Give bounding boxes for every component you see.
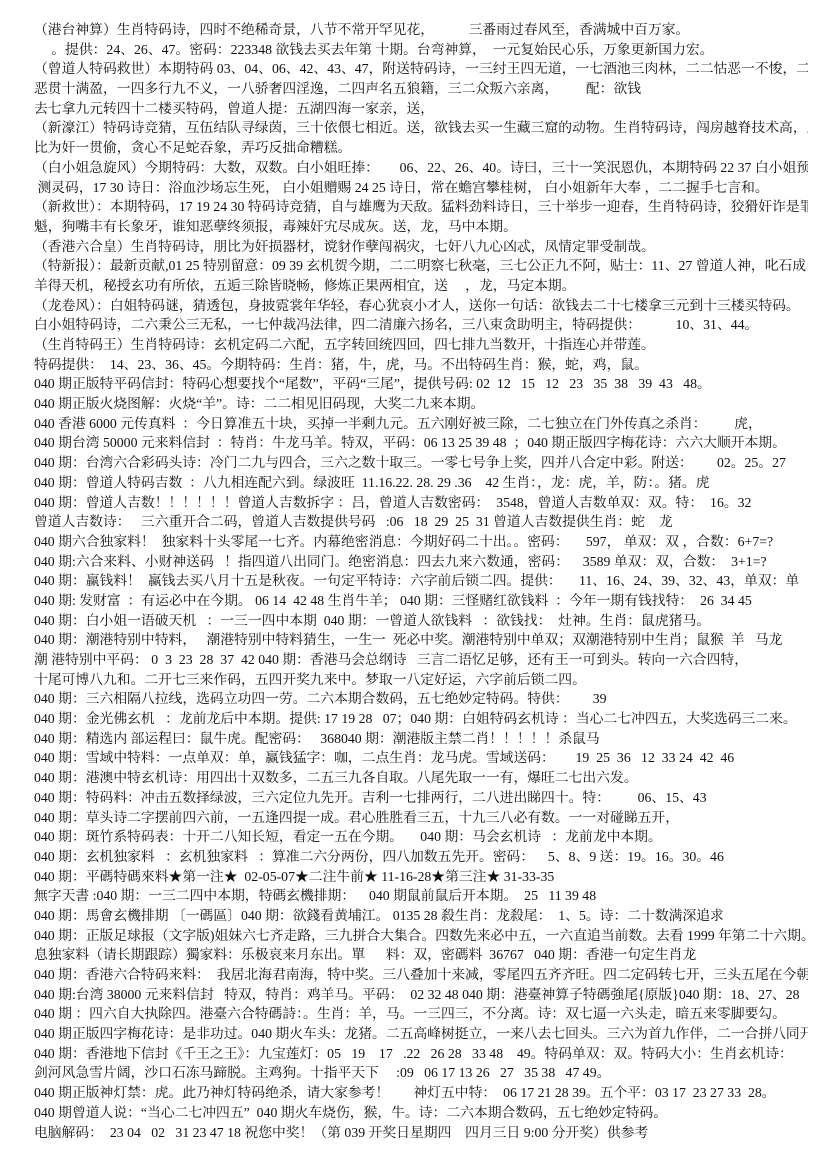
text-line: 040 期：草头诗二字摆前四六前，一五逢四提一成。君心胜胜看三五，十九三八必有数… — [34, 808, 808, 828]
text-line: 特码提供： 14、23、36、45。今期特码：生肖：猪，牛，虎，马。不出特码生肖… — [34, 355, 808, 375]
text-line: 040 期：潮港特别中特料， 潮港特别中特料猜生，一生一 死必中奖。潮港特别中单… — [34, 630, 808, 650]
text-line: 040 期：港澳中特玄机诗：用四出十双数多，二五三九各自取。八尾先取一一有，爆旺… — [34, 768, 808, 788]
text-line: （新濠江）特码诗竞猜，互伍结队寻绿茵，三十依偎七相近。送，欲钱去买一生藏三窟的动… — [34, 118, 808, 138]
document-page: （港台神算）生肖特码诗，四时不绝稀奇景，八节不常开罕见花， 三番雨过春风至，香满… — [0, 0, 814, 1171]
text-line: 040 期：香港地下信封《千王之王》：九宝莲灯：05 19 17 .22 26 … — [34, 1044, 808, 1064]
text-line: 潮 港特别中平码： 0 3 23 28 37 42 040 期：香港马会总纲诗 … — [34, 650, 808, 670]
text-line: 曾道人吉数诗： 三六重开合二码，曾道人吉数提供号码 :06 18 29 25 3… — [34, 512, 808, 532]
text-line: 息独家料（请长期跟踪）獨家料：乐极哀来月东出。單 料：双，密碼料 36767 0… — [34, 945, 808, 965]
text-line: 040 期: 发财富 ：有运必中在今期。 06 14 42 48 生肖牛羊； 0… — [34, 591, 808, 611]
text-line: 040 期：曾道人特码吉数 ：八九相连配六到。绿波旺 11.16.22. 28.… — [34, 473, 808, 493]
text-line: 040 期：赢钱料！ 赢钱去买八月十五是秋夜。一句定平特诗：六字前后锁二四。提供… — [34, 571, 808, 591]
text-line: 040 期：特码料：冲击五数择绿波，三六定位九先开。吉利一七排两行，二八进出睇四… — [34, 788, 808, 808]
text-line: 040 期：馬會玄機排期 〔一碼區〕040 期：欲錢看黄埔江。 0135 28 … — [34, 906, 808, 926]
text-line: 040 期：台湾六合彩码头诗：冷门二九与四合，三六之数十取三。一零七号争上奖，四… — [34, 453, 808, 473]
text-line: 十尾可博八九和。二开七三来作码，五四开奖九来中。梦取一八定好运，六字前后锁二四。 — [34, 670, 808, 690]
text-line: 040 期正版四字梅花诗：是非功过。040 期火车头：龙猪。二五高峰树挺立，一来… — [34, 1024, 808, 1044]
text-line: 白小姐特码诗，二六秉公三无私，一七仲裁冯法律，四二清廉六扬名，三八束贪助明主，特… — [34, 315, 808, 335]
text-line: 040 期：香港六合特码来料： 我居北海君南海，特中奖。三八叠加十来减，零尾四五… — [34, 965, 808, 985]
text-line: 040 期六合独家料！ 独家料十头零尾一七齐。内幕绝密消息：今期好码二十出。。密… — [34, 532, 808, 552]
text-line: 040 期：三六相隔八拉线，选码立功四一劳。二六本期合数码，五七绝妙定特码。特供… — [34, 689, 808, 709]
text-line: 040 香港 6000 元传真料 ：今日算准五十块，买掉一半剩九元。五六刚好被三… — [34, 414, 808, 434]
text-line: 电脑解码： 23 04 02 31 23 47 18 祝您中奖！（第 039 开… — [34, 1123, 808, 1143]
text-line: 040 期正版神灯禁：虎。此乃神灯特码绝杀，请大家参考！ 神灯五中特： 06 1… — [34, 1083, 808, 1103]
text-line: （香港六合皇）生肖特码诗，朋比为奸损器材，谠豺作孽闯祸灾，七奸八九心凶忒，凤情定… — [34, 237, 808, 257]
text-line: 040 期台湾 50000 元来料信封 ：特肖：牛龙马羊。特双，平码：06 13… — [34, 433, 808, 453]
text-line: （特新报）：最新贡献,01 25 特别留意：09 39 玄机贺今期，二二明察七秋… — [34, 256, 808, 276]
text-line: （生肖特码王）生肖特码诗：玄机定码二六配，五字转回统四回，四七排九当数开，十指连… — [34, 335, 808, 355]
text-line: 剑河风急雪片阔，沙口石冻马蹄脱。主鸡狗。十指平天下 :09 06 17 13 2… — [34, 1063, 808, 1083]
text-line: 。提供：24、26、47。密码：223348 欲钱去买去年第 十期。台弯神算， … — [34, 40, 808, 60]
text-line: （龙卷风）：白姐特码谜，猜透包，身披霓裳年华轻，春心犹哀小才人，送你一句话：欲钱… — [34, 296, 808, 316]
text-line: 040 期：斑竹系特码表：十开二八知长短，看定一五在今期。 040 期：马会玄机… — [34, 827, 808, 847]
text-line: 040 期：曾道人吉数！！！！！！曾道人吉数拆字 ：吕，曾道人吉数密码： 354… — [34, 493, 808, 513]
text-line: 040 期：玄机独家料 ：玄机独家料 ：算准二六分两份，四八加数五先开。密码： … — [34, 847, 808, 867]
text-line: 040 期：精选内 部运程曰：鼠牛虎。配密码： 368040 期：潮港版主禁二肖… — [34, 729, 808, 749]
text-line: 040 期：平碼特碼來料★第一注★ 02-05-07★二注牛前★ 11-16-2… — [34, 867, 808, 887]
text-line: 比为奸一贯偷，贪心不足蛇吞象，弄巧反拙命糟糕。 — [34, 138, 808, 158]
text-line: 040 期：雪域中特料：一点单双：单，赢钱猛字：咖，二点生肖：龙马虎。雪域送码：… — [34, 748, 808, 768]
text-line: 羊得天机，秘授玄功有所依，五逅三除皆晓畅，修炼正果两相宜，送 ，龙，马定本期。 — [34, 276, 808, 296]
text-line: 测灵码，17 30 诗日：浴血沙场忘生死， 白小姐赠赐 24 25 诗日，常在蟾… — [34, 178, 808, 198]
text-line: 040 期:台湾 38000 元来料信封 特双，特肖：鸡羊马。平码： 02 32… — [34, 985, 808, 1005]
text-line: （港台神算）生肖特码诗，四时不绝稀奇景，八节不常开罕见花， 三番雨过春风至，香满… — [34, 20, 808, 40]
text-line: 040 期:六合来料、小财神送码 ！指四道八出同门。绝密消息：四去九来六数通，密… — [34, 552, 808, 572]
text-line: 無字天書 :040 期：一三二四中本期，特碼玄機排期： 040 期鼠前鼠后开本期… — [34, 886, 808, 906]
text-line: （曾道人特码救世）本期特码 03、04、06、42、43、47，附送特码诗，一三… — [34, 59, 808, 79]
text-line: 040 期曾道人说：“当心二七冲四五” 040 期火车烧伤，猴，牛。诗：二六本期… — [34, 1103, 808, 1123]
text-line: （新救世）：本期特码，17 19 24 30 特码诗竞猜，自与雄鹰为天敌。猛料劲… — [34, 197, 808, 217]
text-line: 恶贯十满盈，一四多行九不义，一八骄奢四淫逸，二四声名五狼籍，三二众叛六亲离， 配… — [34, 79, 808, 99]
text-line: 040 期正版火烧图解：火烧“羊”。诗：二二相见旧码现，大奖二九来本期。 — [34, 394, 808, 414]
text-line: 040 期：白小姐一语破天机 ：一三一四中本期 040 期：一曾道人欲钱料 ：欲… — [34, 611, 808, 631]
text-line: 040 期：正版足球报（文字版)姐妹六七齐走路，三九拼合大集合。四数先来必中五，… — [34, 926, 808, 946]
text-line: 040 期正版特平码信封：特码心想要找个“尾数”，平码“三尾”，提供号码: 02… — [34, 374, 808, 394]
document-lines: （港台神算）生肖特码诗，四时不绝稀奇景，八节不常开罕见花， 三番雨过春风至，香满… — [34, 20, 808, 1142]
text-line: 去七拿九元转四十二楼买特码，曾道人提：五湖四海一家亲，送， — [34, 99, 808, 119]
text-line: 魁，狗嘴丰有长象牙，谁知恶孽终须报，毒辣奸宄尽成灰。送，龙，马中本期。 — [34, 217, 808, 237]
text-line: 040 期 ：四六自大执除四。港臺六合特碼詩：。生肖：羊，马。一三四三，不分离。… — [34, 1004, 808, 1024]
text-line: （白小姐急旋风）今期特码：大数，双数。白小姐旺捧： 06、22、26、40。诗曰… — [34, 158, 808, 178]
text-line: 040 期：金光佛玄机 ：龙前龙后中本期。提供: 17 19 28 07；040… — [34, 709, 808, 729]
